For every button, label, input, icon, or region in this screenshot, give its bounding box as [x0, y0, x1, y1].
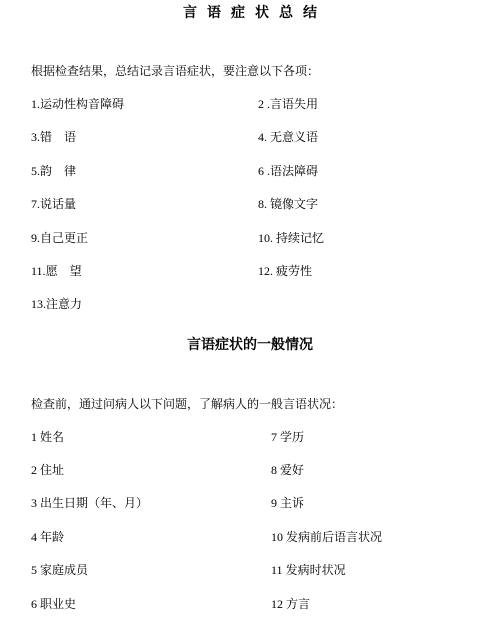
question-item-7: 7 学历	[271, 429, 304, 445]
section1-title: 言语症状总结	[0, 5, 500, 21]
symptom-item-11: 11.愿 望	[31, 263, 82, 279]
item-number: 3.	[31, 130, 40, 144]
item-number: 8.	[258, 197, 270, 211]
item-number: 7	[271, 430, 280, 444]
item-number: 7.	[31, 197, 40, 211]
symptom-item-2: 2 .言语失用	[258, 96, 318, 112]
item-number: 9.	[31, 231, 40, 245]
item-label: 无意义语	[270, 130, 318, 144]
item-number: 10.	[258, 231, 276, 245]
item-number: 13.	[31, 297, 46, 311]
question-item-3: 3 出生日期（年、月）	[31, 495, 148, 511]
item-number: 2 .	[258, 97, 270, 111]
symptom-item-10: 10. 持续记忆	[258, 230, 324, 246]
question-item-11: 11 发病时状况	[271, 562, 346, 578]
symptom-item-5: 5.韵 律	[31, 163, 76, 179]
item-label: 出生日期（年、月）	[40, 496, 148, 510]
item-label: 持续记忆	[276, 231, 324, 245]
item-label: 发病时状况	[286, 563, 346, 577]
item-number: 4.	[258, 130, 270, 144]
section2-intro: 检查前，通过问病人以下问题，了解病人的一般言语状况：	[31, 396, 343, 412]
symptom-item-6: 6 .语法障碍	[258, 163, 318, 179]
item-number: 10	[271, 530, 286, 544]
question-item-8: 8 爱好	[271, 462, 304, 478]
item-label: 注意力	[46, 297, 82, 311]
item-label: 错 语	[40, 130, 76, 144]
item-number: 6	[31, 597, 40, 611]
item-label: 镜像文字	[270, 197, 318, 211]
item-number: 11.	[31, 264, 46, 278]
item-number: 2	[31, 463, 40, 477]
item-label: 愿 望	[46, 264, 82, 278]
item-label: 说话量	[40, 197, 76, 211]
item-number: 9	[271, 496, 280, 510]
item-label: 爱好	[280, 463, 304, 477]
item-label: 住址	[40, 463, 64, 477]
question-item-10: 10 发病前后语言状况	[271, 529, 382, 545]
item-number: 11	[271, 563, 286, 577]
question-item-5: 5 家庭成员	[31, 562, 88, 578]
symptom-item-12: 12. 疲劳性	[258, 263, 312, 279]
item-number: 12.	[258, 264, 276, 278]
symptom-item-1: 1.运动性构音障碍	[31, 96, 124, 112]
question-item-12: 12 方言	[271, 596, 310, 612]
item-label: 姓名	[40, 430, 64, 444]
item-label: 年龄	[40, 530, 64, 544]
section1-intro: 根据检查结果，总结记录言语症状，要注意以下各项：	[31, 63, 319, 79]
item-number: 1.	[31, 97, 40, 111]
item-label: 自己更正	[40, 231, 88, 245]
item-number: 6 .	[258, 164, 270, 178]
symptom-item-8: 8. 镜像文字	[258, 196, 318, 212]
symptom-item-13: 13.注意力	[31, 296, 82, 312]
item-number: 12	[271, 597, 286, 611]
section2-title: 言语症状的一般情况	[0, 337, 500, 353]
item-number: 1	[31, 430, 40, 444]
item-label: 职业史	[40, 597, 76, 611]
item-label: 学历	[280, 430, 304, 444]
item-label: 方言	[286, 597, 310, 611]
item-number: 5.	[31, 164, 40, 178]
item-number: 4	[31, 530, 40, 544]
item-number: 3	[31, 496, 40, 510]
item-label: 语法障碍	[270, 164, 318, 178]
item-number: 8	[271, 463, 280, 477]
question-item-4: 4 年龄	[31, 529, 64, 545]
symptom-item-3: 3.错 语	[31, 129, 76, 145]
item-label: 家庭成员	[40, 563, 88, 577]
item-label: 主诉	[280, 496, 304, 510]
question-item-1: 1 姓名	[31, 429, 64, 445]
symptom-item-4: 4. 无意义语	[258, 129, 318, 145]
question-item-9: 9 主诉	[271, 495, 304, 511]
item-label: 疲劳性	[276, 264, 312, 278]
item-label: 运动性构音障碍	[40, 97, 124, 111]
item-label: 韵 律	[40, 164, 76, 178]
question-item-2: 2 住址	[31, 462, 64, 478]
item-label: 言语失用	[270, 97, 318, 111]
symptom-item-9: 9.自己更正	[31, 230, 88, 246]
symptom-item-7: 7.说话量	[31, 196, 76, 212]
question-item-6: 6 职业史	[31, 596, 76, 612]
item-number: 5	[31, 563, 40, 577]
item-label: 发病前后语言状况	[286, 530, 382, 544]
